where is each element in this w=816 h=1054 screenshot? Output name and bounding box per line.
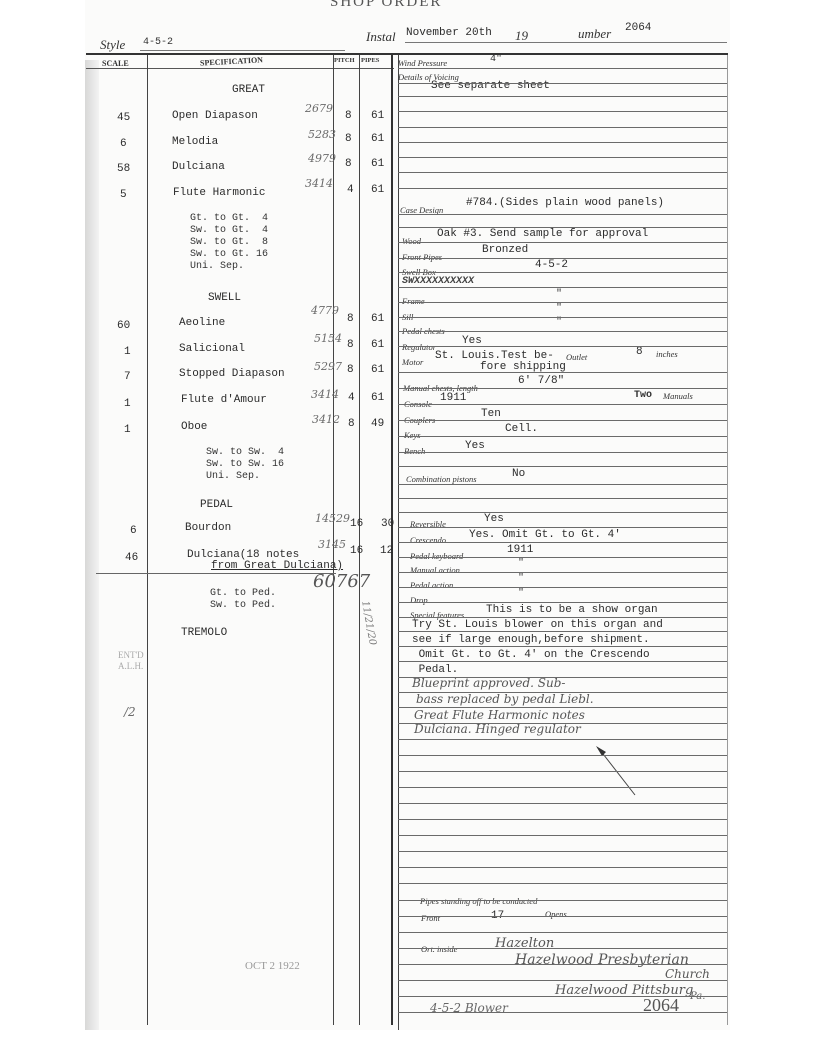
pitch-header: PITCH	[334, 57, 355, 64]
form-rule-line	[398, 317, 728, 318]
pedal-divider	[96, 573, 336, 574]
combination-pistons-label: Combination pistons	[406, 474, 477, 484]
form-right-border	[727, 55, 728, 1025]
stop-pipes: 61	[371, 364, 384, 376]
coupler-item: Sw. to Sw. 16	[206, 459, 284, 471]
form-rule-line	[398, 142, 728, 143]
stop-pipes: 49	[371, 418, 384, 430]
form-rule-line	[398, 900, 728, 901]
form-rule-line	[398, 68, 728, 69]
form-rule-line	[398, 214, 728, 215]
stop-pipes: 61	[371, 110, 384, 122]
form-rule-line	[398, 436, 728, 437]
style-underline	[140, 50, 345, 51]
form-rule-line	[398, 572, 728, 573]
outlet-value: 8	[636, 346, 643, 358]
form-rule-line	[398, 512, 728, 513]
total-handwritten-note: 60767	[313, 571, 370, 592]
stop-name: Dulciana	[172, 161, 225, 173]
form-rule-line	[398, 948, 728, 949]
stop-pipes: 61	[371, 158, 384, 170]
form-rule-line	[398, 172, 728, 173]
entered-stamp: ENT'D A.L.H.	[118, 650, 148, 672]
form-rule-line	[398, 452, 728, 453]
crescendo-label: Crescendo	[410, 535, 446, 545]
coupler-item: Gt. to Ped.	[210, 588, 276, 600]
handwritten-note-line: bass replaced by pedal Liebl.	[416, 692, 594, 706]
stop-pipes: 12	[380, 545, 393, 557]
form-rule-line	[398, 996, 728, 997]
form-rule-line	[398, 242, 728, 243]
pedal-chests-value: "	[556, 317, 562, 328]
stop-pitch: 8	[347, 313, 354, 325]
number-label: umber	[578, 26, 611, 42]
header-top-rule	[86, 53, 728, 55]
form-rule-line	[398, 227, 728, 228]
form-rule-line	[398, 1012, 728, 1013]
swell-couplers: Sw. to Sw. 4 Sw. to Sw. 16 Uni. Sep.	[206, 447, 284, 483]
form-rule-line	[398, 916, 728, 917]
form-rule-line	[398, 835, 728, 836]
handwritten-note-line: Great Flute Harmonic notes	[414, 708, 585, 722]
outlet-label: Outlet	[566, 352, 587, 362]
reversible-value: Yes	[484, 513, 504, 525]
form-rule-line	[398, 851, 728, 852]
keys-label: Keys	[404, 430, 421, 440]
swell-box-value: 4-5-2	[535, 259, 568, 271]
form-rule-line	[398, 602, 728, 603]
pencil-arrow-mark	[580, 740, 640, 800]
coupler-item: Uni. Sep.	[206, 471, 284, 483]
stop-pitch: 16	[350, 518, 363, 530]
front-pipes-value: Bronzed	[482, 244, 528, 256]
stop-pitch: 8	[345, 110, 352, 122]
stop-scale: 45	[117, 112, 130, 124]
stop-pipes: 61	[371, 133, 384, 145]
stop-pitch: 8	[347, 364, 354, 376]
tremolo: TREMOLO	[181, 627, 227, 639]
couplers-value: Ten	[481, 408, 501, 420]
form-rule-line	[398, 96, 728, 97]
manuals-value: Two	[634, 390, 652, 401]
stop-handwritten-note: 3414	[305, 177, 333, 190]
console-value: 1911	[440, 392, 466, 404]
keys-value: Cell.	[505, 423, 538, 435]
form-rule-line	[398, 302, 728, 303]
section-swell: SWELL	[208, 292, 241, 304]
customer-handwritten-line: Hazelwood Presbyterian	[515, 952, 689, 968]
stop-handwritten-note: 5283	[308, 128, 336, 141]
stop-scale: 60	[117, 320, 130, 332]
front-label: Front	[421, 913, 440, 923]
scale-header: SCALE	[102, 59, 129, 68]
stop-handwritten-note: 3145	[318, 538, 346, 551]
form-rule-line	[398, 819, 728, 820]
pipes-header: PIPES	[361, 57, 379, 64]
form-rule-line	[398, 111, 728, 112]
stop-pitch: 8	[347, 339, 354, 351]
stop-handwritten-note: 3412	[312, 413, 340, 426]
coupler-item: Sw. to Gt. 8	[190, 237, 268, 249]
motor-label: Motor	[402, 357, 423, 367]
stop-scale: 5	[120, 189, 127, 201]
opens-label: Opens	[545, 909, 567, 919]
stop-pipes: 61	[371, 184, 384, 196]
form-rule-line	[398, 466, 728, 467]
stop-scale: 6	[120, 138, 127, 150]
wind-pressure-value: 4"	[490, 54, 502, 65]
combination-pistons-value: No	[512, 468, 525, 480]
coupler-item: Sw. to Ped.	[210, 600, 276, 612]
stop-handwritten-note: 4979	[308, 152, 336, 165]
wood-value: Oak #3. Send sample for approval	[437, 228, 648, 240]
stop-pitch: 16	[350, 545, 363, 557]
stop-pipes: 61	[371, 313, 384, 325]
form-rule-line	[398, 527, 728, 528]
scale-column-divider	[147, 55, 148, 1025]
frame-value: "	[556, 289, 562, 300]
pedal-keyboard-label: Pedal keyboard	[410, 551, 463, 561]
manual-chests-value: 6' 7/8"	[518, 375, 564, 387]
stop-handwritten-note: 2679	[305, 102, 333, 115]
stop-scale: 7	[124, 371, 131, 383]
stop-pitch: 4	[348, 392, 355, 404]
stop-handwritten-note: 4779	[311, 304, 339, 317]
voicing-value: See separate sheet	[431, 80, 550, 92]
instal-label: Instal	[366, 29, 396, 45]
manuals-label: Manuals	[663, 391, 693, 401]
stop-name: Flute Harmonic	[173, 187, 265, 199]
drop-value: "	[518, 588, 524, 599]
handwritten-note-line: Dulciana. Hinged regulator	[414, 722, 581, 736]
form-rule-line	[398, 542, 728, 543]
form-rule-line	[398, 331, 728, 332]
style-label: Style	[100, 37, 125, 53]
stop-pipes: 61	[371, 392, 384, 404]
stop-scale: 1	[124, 346, 131, 358]
stop-pitch: 8	[348, 418, 355, 430]
stop-handwritten-note: 5154	[314, 332, 342, 345]
stop-scale: 58	[117, 163, 130, 175]
section-great: GREAT	[232, 84, 265, 96]
form-rule-line	[398, 557, 728, 558]
stop-pitch: 8	[345, 158, 352, 170]
form-rule-line	[398, 661, 728, 662]
form-rule-line	[398, 157, 728, 158]
bench-value: Yes	[465, 440, 485, 452]
great-couplers: Gt. to Gt. 4 Sw. to Gt. 4 Sw. to Gt. 8 S…	[190, 213, 268, 273]
form-rule-line	[398, 692, 728, 693]
form-rule-line	[398, 771, 728, 772]
coupler-item: Uni. Sep.	[190, 261, 268, 273]
stop-name: Bourdon	[185, 522, 231, 534]
special-features-line: Try St. Louis blower on this organ and	[412, 619, 663, 631]
form-rule-line	[398, 723, 728, 724]
style-value: 4-5-2	[143, 37, 173, 48]
stop-handwritten-note: 3414	[311, 388, 339, 401]
special-features-line: Omit Gt. to Gt. 4' on the Crescendo	[412, 649, 650, 661]
document-title: SHOP ORDER	[330, 0, 442, 11]
form-rule-line	[398, 388, 728, 389]
stop-name: Oboe	[181, 421, 207, 433]
stop-pitch: 4	[347, 184, 354, 196]
form-rule-line	[398, 677, 728, 678]
stop-scale: 1	[124, 424, 131, 436]
ort-inside-label: Ort. inside	[421, 944, 457, 954]
stop-name: Flute d'Amour	[181, 394, 267, 406]
form-rule-line	[398, 707, 728, 708]
manual-action-value: "	[518, 558, 524, 569]
frame-label: Frame	[402, 296, 425, 306]
form-rule-line	[398, 803, 728, 804]
drop-label: Drop	[410, 595, 428, 605]
form-rule-line	[398, 420, 728, 421]
form-rule-line	[398, 272, 728, 273]
stop-name: Melodia	[172, 136, 218, 148]
sill-value: "	[556, 303, 562, 314]
instal-value: November 20th	[406, 27, 492, 39]
form-rule-line	[398, 755, 728, 756]
form-rule-line	[398, 498, 728, 499]
form-rule-line	[398, 188, 728, 189]
stop-handwritten-note: 14529	[315, 512, 350, 525]
coupler-item: Gt. to Gt. 4	[190, 213, 268, 225]
form-rule-line	[398, 646, 728, 647]
form-rule-line	[398, 631, 728, 632]
section-pedal: PEDAL	[200, 499, 233, 511]
form-rule-line	[398, 883, 728, 884]
form-rule-line	[398, 739, 728, 740]
pedal-action-value: "	[518, 573, 524, 584]
stop-handwritten-note: 5297	[314, 360, 342, 373]
form-rule-line	[398, 346, 728, 347]
stop-name: Salicional	[179, 343, 245, 355]
form-rule-line	[398, 867, 728, 868]
struck-out-line: SWXXXXXXXXXX	[402, 276, 474, 287]
form-rule-line	[398, 372, 728, 373]
left-table-right-border	[391, 55, 393, 1025]
form-rule-line	[398, 617, 728, 618]
customer-handwritten-line: Church	[665, 967, 710, 981]
pedal-keyboard-value: 1911	[507, 544, 533, 556]
front-pipes-label: Front Pipes	[402, 252, 442, 262]
form-rule-line	[398, 587, 728, 588]
instal-underline	[405, 42, 727, 43]
number-value: 2064	[625, 22, 651, 34]
form-rule-line	[398, 932, 728, 933]
handwritten-note-line: Blueprint approved. Sub-	[412, 676, 565, 690]
coupler-item: Sw. to Gt. 16	[190, 249, 268, 261]
coupler-item: Sw. to Gt. 4	[190, 225, 268, 237]
pitch-column-divider	[359, 55, 360, 1025]
form-rule-line	[398, 484, 728, 485]
stop-pipes: 30	[381, 518, 394, 530]
stop-scale: 1	[124, 398, 131, 410]
wind-pressure-label: Wind Pressure	[398, 58, 447, 68]
wood-label: Wood	[402, 236, 421, 246]
outlet-unit: inches	[656, 349, 678, 359]
crescendo-value: Yes. Omit Gt. to Gt. 4'	[469, 529, 621, 541]
stop-pitch: 8	[345, 133, 352, 145]
page-edge-shadow	[85, 60, 99, 1030]
stop-name: Stopped Diapason	[179, 368, 285, 380]
form-rule-line	[398, 127, 728, 128]
stop-pipes: 61	[371, 339, 384, 351]
coupler-item: Sw. to Sw. 4	[206, 447, 284, 459]
form-rule-line	[398, 787, 728, 788]
manual-action-label: Manual action	[410, 565, 460, 575]
pedal-action-label: Pedal action	[410, 580, 453, 590]
stop-scale: 6	[130, 525, 137, 537]
shop-order-page	[85, 0, 730, 1030]
case-design-value: #784.(Sides plain wood panels)	[466, 197, 664, 209]
form-rule-line	[398, 980, 728, 981]
form-rule-line	[398, 258, 728, 259]
form-rule-line	[398, 964, 728, 965]
pedal-couplers: Gt. to Ped. Sw. to Ped.	[210, 588, 276, 612]
margin-mark: /2	[124, 705, 136, 719]
form-rule-line	[398, 83, 728, 84]
bench-label: Bench	[404, 446, 425, 456]
special-features-line: This is to be a show organ	[486, 604, 658, 616]
received-date-stamp: OCT 2 1922	[245, 960, 300, 972]
stop-name: Aeoline	[179, 317, 225, 329]
regulator-label: Regulator	[402, 342, 436, 352]
form-rule-line	[398, 287, 728, 288]
stop-name: Open Diapason	[172, 110, 258, 122]
form-rule-line	[398, 404, 728, 405]
stop-scale: 46	[125, 552, 138, 564]
header-bottom-rule	[86, 68, 394, 69]
pipes-standing-label: Pipes standing off to be conducted	[420, 896, 537, 906]
special-features-line: see if large enough,before shipment.	[412, 634, 650, 646]
special-features-line: Pedal.	[412, 664, 458, 676]
